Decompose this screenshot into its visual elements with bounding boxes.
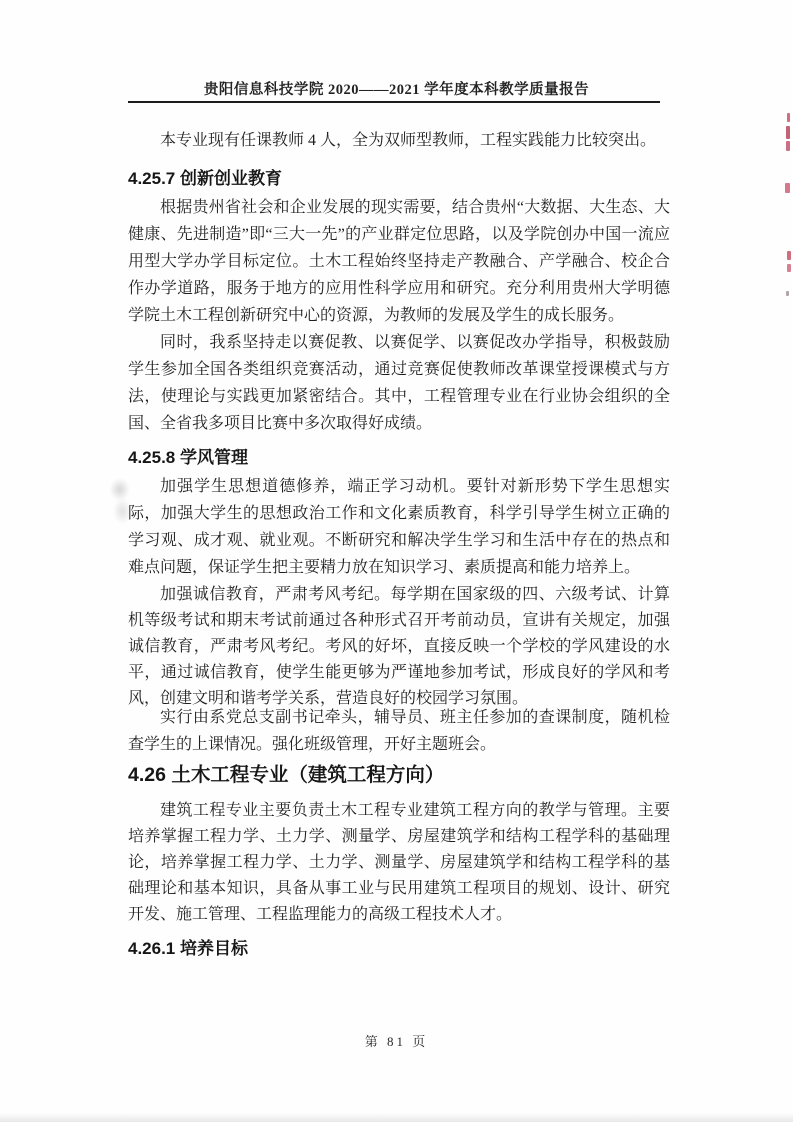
- paragraph-innovation-2: 同时，我系坚持走以赛促教、以赛促学、以赛促改办学指导，积极鼓励学生参加全国各类组…: [128, 329, 670, 437]
- scanned-document-page: 贵阳信息科技学院 2020——2021 学年度本科教学质量报告 本专业现有任课教…: [0, 0, 793, 1122]
- red-edge-mark: [786, 126, 790, 139]
- scan-bottom-shadow: [0, 1113, 793, 1122]
- paragraph-study-style-3: 实行由系党总支副书记牵头，辅导员、班主任参加的查课制度，随机检查学生的上课情况。…: [128, 704, 670, 758]
- paragraph-study-style-2: 加强诚信教育，严肃考风考纪。每学期在国家级的四、六级考试、计算机等级考试和期末考…: [128, 582, 670, 712]
- page-header-title: 贵阳信息科技学院 2020——2021 学年度本科教学质量报告: [0, 78, 793, 99]
- red-edge-mark: [786, 141, 790, 151]
- paragraph-teachers-intro: 本专业现有任课教师 4 人，全为双师型教师，工程实践能力比较突出。: [128, 127, 670, 154]
- page-number: 第 81 页: [0, 1031, 793, 1050]
- header-rule: [128, 101, 660, 103]
- red-edge-mark: [787, 264, 791, 272]
- paragraph-civil-engineering: 建筑工程专业主要负责土木工程专业建筑工程方向的教学与管理。主要培养掌握工程力学、…: [128, 798, 670, 928]
- red-edge-mark: [787, 251, 791, 260]
- gray-edge-dot: [786, 291, 789, 296]
- red-edge-mark: [785, 183, 790, 193]
- section-heading-4-26-1: 4.26.1 培养目标: [128, 938, 670, 960]
- section-heading-4-25-8: 4.25.8 学风管理: [128, 447, 670, 469]
- section-heading-4-25-7: 4.25.7 创新创业教育: [128, 168, 670, 190]
- paragraph-study-style-1: 加强学生思想道德修养，端正学习动机。要针对新形势下学生思想实际，加强大学生的思想…: [128, 473, 670, 581]
- paragraph-innovation-1: 根据贵州省社会和企业发展的现实需要，结合贵州“大数据、大生态、大健康、先进制造”…: [128, 194, 670, 329]
- section-heading-4-26: 4.26 土木工程专业（建筑工程方向）: [128, 762, 670, 788]
- red-edge-mark: [787, 113, 790, 122]
- scan-smudge: [108, 476, 134, 530]
